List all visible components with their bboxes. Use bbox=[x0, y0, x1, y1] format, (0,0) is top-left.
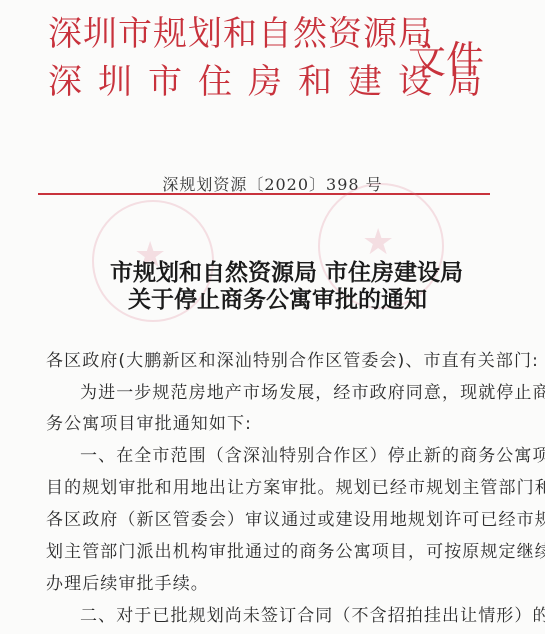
document-number: 深规划资源〔2020〕398 号 bbox=[0, 172, 545, 195]
body-line: 划主管部门派出机构审批通过的商务公寓项目，可按原规定继续 bbox=[46, 541, 516, 563]
body-line: 办理后续审批手续。 bbox=[46, 573, 516, 595]
notice-title-line-1: 市规划和自然资源局 市住房建设局 bbox=[110, 258, 463, 288]
body-line: 各区政府（新区管委会）审议通过或建设用地规划许可已经市规 bbox=[46, 509, 516, 531]
document-type-label: 文件 bbox=[408, 38, 484, 82]
document-page: 深圳市规划和自然资源局 深圳市住房和建设局 文件 深规划资源〔2020〕398 … bbox=[0, 0, 545, 634]
notice-title-line-2: 关于停止商务公寓审批的通知 bbox=[128, 285, 427, 315]
body-line: 目的规划审批和用地出让方案审批。规划已经市规划主管部门和 bbox=[46, 477, 516, 499]
issuer-line-1: 深圳市规划和自然资源局 bbox=[48, 14, 433, 54]
body-line: 为进一步规范房地产市场发展，经市政府同意，现就停止商 bbox=[80, 382, 545, 404]
salutation: 各区政府(大鹏新区和深汕特别合作区管委会)、市直有关部门: bbox=[46, 350, 516, 372]
red-divider-line bbox=[38, 193, 490, 195]
star-icon: ★ bbox=[362, 225, 394, 261]
body-line: 一、在全市范围（含深汕特别合作区）停止新的商务公寓项 bbox=[80, 445, 545, 467]
body-line: 务公寓项目审批通知如下: bbox=[46, 413, 516, 435]
body-line: 二、对于已批规划尚未签订合同（不含招拍挂出让情形）的 bbox=[80, 605, 545, 627]
